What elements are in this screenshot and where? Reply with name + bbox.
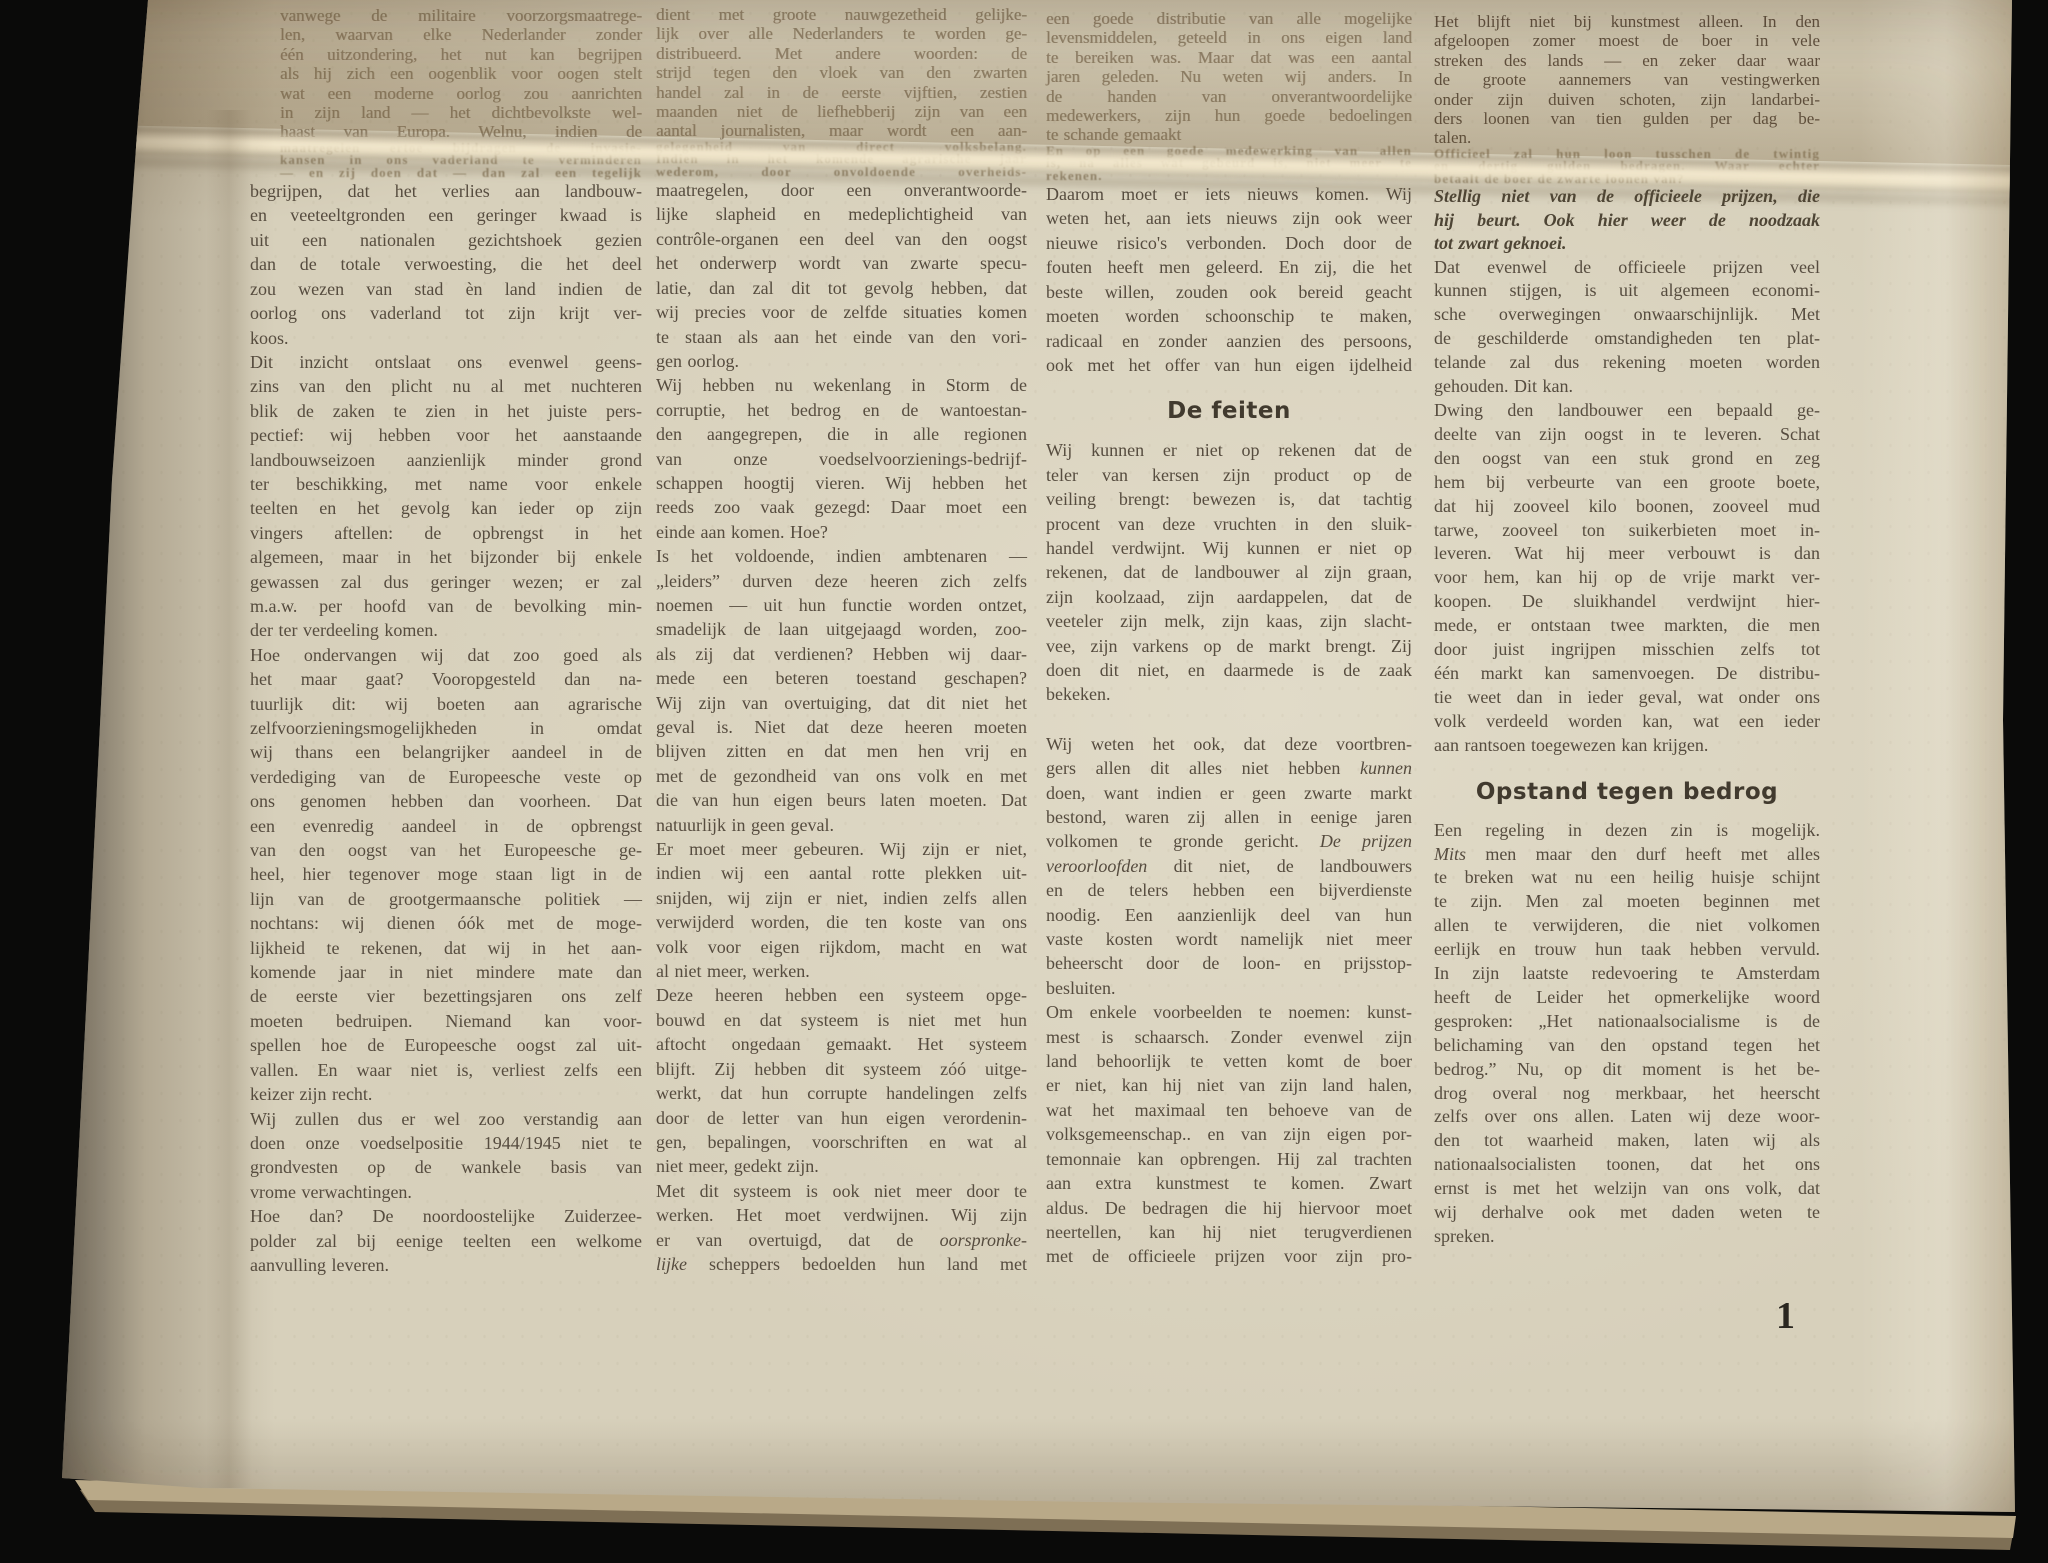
text-line: strijd tegen den vloek van den zwarten [656,63,1027,82]
text-line: lijke scheppers bedoelden hun land met [656,1252,1027,1276]
text-line: einde aan komen. Hoe? [656,520,1027,544]
page-left-edge-shadow [40,0,275,1563]
text-line: en veeteeltgronden een geringer kwaad is [250,203,642,227]
text-line: betaalt de boer de zwarte loonen van? [1434,173,1820,185]
paragraph: Wij hebben nu wekenlang in Storm decorru… [656,373,1027,544]
section-heading: Opstand tegen bedrog [1434,779,1820,805]
text-line: kunnen stijgen, is uit algemeen economi- [1434,279,1820,303]
text-line: zelfvoorzieningsmogelijkheden in omdat [250,716,642,740]
text-line: jaren geleden. Nu weten wij anders. In [1046,67,1412,86]
text-line: snijden, wij zijn er niet, indien zelfs … [656,886,1027,910]
text-line: den aangegrepen, die in alle regionen [656,422,1027,446]
text-line: procent van deze vruchten in den sluik- [1046,512,1412,536]
text-line: noodig. Een aanzienlijk deel van hun [1046,903,1412,927]
text-line: zelfs over ons allen. Laten wij deze woo… [1434,1105,1820,1129]
text-line: nationaalsocialisten toonen, dat het ons [1434,1153,1820,1177]
text-line: ook met het offer van hun eigen ijdelhei… [1046,353,1412,377]
paragraph: Wij weten het ook, dat deze voortbren-ge… [1046,732,1412,1000]
text-line: Mits men maar den durf heeft met alles [1434,843,1820,867]
text-line: zou wezen van stad èn land indien de [250,277,642,301]
text-line: Wij zijn van overtuiging, dat dit niet h… [656,691,1027,715]
text-line: koos. [250,326,642,350]
text-line: volkomen te gronde gericht. De prijzen [1046,829,1412,853]
text-line: lijke slapheid en medeplichtigheid van [656,202,1027,226]
text-line: moeten worden schoonschip te maken, [1046,304,1412,328]
text-line: wat een moderne oorlog zou aanrichten [280,84,642,103]
text-line: al niet meer, werken. [656,959,1027,983]
text-line: der ter verdeeling komen. [250,618,642,642]
text-line: lijn van de grootgermaansche politiek — [250,887,642,911]
text-line: weten het, aan iets nieuws zijn ook weer [1046,206,1412,230]
text-line: haast van Europa. Welnu, indien de [280,122,642,141]
text-line: hem bij verbeurte van een groote boete, [1434,471,1820,495]
paragraph: Om enkele voorbeelden te noemen: kunst-m… [1046,1000,1412,1268]
text-line: onder zijn duiven schoten, zijn landarbe… [1434,90,1820,109]
text-line: verdediging van de Europeesche veste op [250,765,642,789]
text-line: vee, zijn varkens op de markt brengt. Zi… [1046,634,1412,658]
text-line: dient met groote nauwgezetheid gelijke- [656,5,1027,24]
newspaper-page: vanwege de militaire voorzorgsmaatrege-l… [0,0,2048,1563]
text-line: te staan als aan het einde van den vori- [656,325,1027,349]
text-line: contrôle-organen een deel van den oogst [656,227,1027,251]
paragraph: Hoe ondervangen wij dat zoo goed alshet … [250,643,642,1107]
paragraph: vanwege de militaire voorzorgsmaatrege-l… [280,6,642,142]
text-line: wat het maximaal ten behoeve van de [1046,1098,1412,1122]
text-line: bekeken. [1046,682,1412,706]
text-line: wij precies voor de zelfde situaties kom… [656,300,1027,324]
text-line: heeft de Leider het opmerkelijke woord [1434,986,1820,1010]
paragraph: Deze heeren hebben een systeem opge-bouw… [656,983,1027,1178]
text-line: Stellig niet van de officieele prijzen, … [1434,185,1820,209]
text-line: telande zal dus rekening moeten worden [1434,351,1820,375]
text-line: gen oorlog. [656,349,1027,373]
text-line: mest is schaarsch. Zonder evenwel zijn [1046,1025,1412,1049]
text-line: keizer zijn recht. [250,1082,642,1106]
text-line: aan extra kunstmest te komen. Zwart [1046,1171,1412,1195]
text-line: maatregelen, door een onverantwoorde- [656,178,1027,202]
text-line: beheerscht door de loon- en prijsstop- [1046,951,1412,975]
text-line: wederom, door onvoldoende overheids- [656,166,1027,178]
text-line: een goede distributie van alle mogelijke [1046,9,1412,28]
text-line: In zijn laatste redevoering te Amsterdam [1434,962,1820,986]
text-line: neertellen, kan hij niet terugverdienen [1046,1220,1412,1244]
text-line: lijk over alle Nederlanders te worden ge… [656,24,1027,43]
text-line: Met dit systeem is ook niet meer door te [656,1179,1027,1203]
text-line: volksgemeenschap.. en van zijn eigen por… [1046,1122,1412,1146]
text-line: gen, bepalingen, voorschriften en wat al [656,1130,1027,1154]
text-line: dan de totale verwoesting, die het deel [250,252,642,276]
text-line: aldus. De bedragen die hij hiervoor moet [1046,1196,1412,1220]
text-line: oorlog ons vaderland tot zijn krijt ver- [250,301,642,325]
paragraph: Officieel zal hun loon tusschen de twint… [1434,148,1820,185]
text-line: tuurlijk dit: wij boeten aan agrarische [250,692,642,716]
text-line: smadelijk de laan uitgejaagd worden, zoo… [656,617,1027,641]
text-line: te breken wat nu een heilig huisje schij… [1434,866,1820,890]
text-line: Wij kunnen er niet op rekenen dat de [1046,438,1412,462]
paragraph: Daarom moet er iets nieuws komen. Wijwet… [1046,182,1412,377]
text-line: blijven zitten en dat men hen vrij en [656,739,1027,763]
paragraph: Dwing den landbouwer een bepaald ge-deel… [1434,399,1820,758]
text-line: niet meer, gedekt zijn. [656,1154,1027,1178]
text-line: temonnaie kan opbrengen. Hij zal trachte… [1046,1147,1412,1171]
text-line: er van overtuigd, dat de oorspronke- [656,1228,1027,1252]
text-line: begrijpen, dat het verlies aan landbouw- [250,179,642,203]
text-line: grondvesten op de wankele basis van [250,1155,642,1179]
text-line: bestond, waren zij allen in eenige jaren [1046,805,1412,829]
text-line: gehouden. Dit kan. [1434,375,1820,399]
text-line: belichaming van den opstand tegen het [1434,1034,1820,1058]
text-line: rekenen. [1046,170,1412,182]
text-line: de groote aannemers van vestingwerken [1434,70,1820,89]
paragraph: Wij zullen dus er wel zoo verstandig aan… [250,1107,642,1205]
text-line: veiling brengt: bewezen is, dat tachtig [1046,487,1412,511]
text-line: Daarom moet er iets nieuws komen. Wij [1046,182,1412,206]
paragraph: Hoe dan? De noordoostelijke Zuiderzee-po… [250,1204,642,1277]
text-line: sche overwegingen onwaarschijnlijk. Met [1434,303,1820,327]
text-line: Dwing den landbouwer een bepaald ge- [1434,399,1820,423]
text-line: landbouwseizoen aanzienlijk minder grond [250,448,642,472]
paragraph: Is het voldoende, indien ambtenaren —„le… [656,544,1027,837]
text-line: veeteler zijn melk, zijn kaas, zijn slac… [1046,609,1412,633]
text-line: hij beurt. Ook hier weer de noodzaak [1434,209,1820,233]
text-line: natuurlijk in geen geval. [656,813,1027,837]
paragraph: Dat evenwel de officieele prijzen veelku… [1434,256,1820,399]
text-line: en de telers hebben een bijverdienste [1046,878,1412,902]
text-line: beste willen, zouden ook bereid geacht [1046,280,1412,304]
text-column-3: een goede distributie van alle mogelijke… [1046,9,1412,1269]
text-line: drog overal nog merkbaar, het heerscht [1434,1082,1820,1106]
text-line: bedrog.” Nu, op dit moment is het be- [1434,1058,1820,1082]
text-line: één markt kan samenvoegen. De distribu- [1434,662,1820,686]
heading-text: Opstand tegen bedrog [1434,779,1820,805]
text-line: pectief: wij hebben voor het aanstaande [250,423,642,447]
text-line: algemeen, maar in het bijzonder bij enke… [250,545,642,569]
text-line: wij derhalve ook met daden weten te [1434,1201,1820,1225]
text-line: Een regeling in dezen zin is mogelijk. [1434,819,1820,843]
text-line: medewerkers, zijn hun goede bedoelingen [1046,106,1412,125]
text-line: Dat evenwel de officieele prijzen veel [1434,256,1820,280]
text-line: indien wij een aantal rotte plekken uit- [656,861,1027,885]
text-line: werkt, dat hun corrupte handelingen zelf… [656,1081,1027,1105]
paragraph: Het blijft niet bij kunstmest alleen. In… [1434,12,1820,148]
text-line: ders loonen van tien gulden per dag be- [1434,109,1820,128]
text-line: doen dit niet, en daarmede is de zaak [1046,658,1412,682]
text-line: lijkheid te rekenen, dat wij in het aan- [250,936,642,960]
text-line: vallen. En waar niet is, verliest zelfs … [250,1058,642,1082]
text-line: ernst is met het welzijn van ons volk, d… [1434,1177,1820,1201]
text-line: aftocht ongedaan gemaakt. Het systeem [656,1032,1027,1056]
paragraph: Wij kunnen er niet op rekenen dat detele… [1046,438,1412,706]
text-line: mede, er ontstaan twee markten, die men [1434,614,1820,638]
text-line: handel verdwijnt. Wij kunnen er niet op [1046,536,1412,560]
text-line: dat hij zooveel kilo boonen, zooveel mud [1434,495,1820,519]
text-line: heel, hier tegenover moge staan ligt in … [250,862,642,886]
text-line: besluiten. [1046,976,1412,1000]
text-line: tie weet dan in ieder geval, wat onder o… [1434,686,1820,710]
text-line: blik de zaken te zien in het juiste pers… [250,399,642,423]
text-line: den oogst van een stuk grond en zeg [1434,447,1820,471]
text-line: teelten en het gevolg kan ieder op zijn [250,496,642,520]
text-line: reeds zoo vaak gezegd: Daar moet een [656,495,1027,519]
text-line: koopen. De sluikhandel verdwijnt hier- [1434,590,1820,614]
photo-of-newspaper: vanwege de militaire voorzorgsmaatrege-l… [0,0,2048,1563]
text-line: Is het voldoende, indien ambtenaren — [656,544,1027,568]
text-line: maanden niet de liefhebberij zijn van ee… [656,102,1027,121]
text-line: gesproken: „Het nationaalsocialisme is d… [1434,1010,1820,1034]
text-line: de handen van onverantwoordelijke [1046,87,1412,106]
text-line: aan rantsoen toegewezen kan krijgen. [1434,734,1820,758]
text-line: deelte van zijn oogst in te leveren. Sch… [1434,423,1820,447]
text-line: door juist ingrijpen misschien zelfs tot [1434,638,1820,662]
text-line: — en zij doen dat — dan zal een tegelijk [280,167,642,179]
text-line: het maar gaat? Vooropgesteld dan na- [250,667,642,691]
text-line: de geschilderde omstandigheden ten plat- [1434,327,1820,351]
text-line: te zijn. Men zal moeten beginnen met [1434,890,1820,914]
text-line: fouten heeft men geleerd. En zij, die he… [1046,255,1412,279]
text-line: aanvulling leveren. [250,1253,642,1277]
text-line: noemen — uit hun functie worden ontzet, [656,593,1027,617]
text-line: er niet, kan hij niet van zijn land hale… [1046,1073,1412,1097]
text-line: polder zal bij eenige teelten een welkom… [250,1229,642,1253]
text-line: Het blijft niet bij kunstmest alleen. In… [1434,12,1820,31]
text-line: Dit inzicht ontslaat ons evenwel geens- [250,350,642,374]
text-line: met de officieele prijzen voor zijn pro- [1046,1244,1412,1268]
text-line: m.a.w. per hoofd van de bevolking min- [250,594,642,618]
text-line: streken des lands — en zeker daar waar [1434,51,1820,70]
text-line: verwijderd worden, die ten koste van ons [656,910,1027,934]
paragraph: Stellig niet van de officieele prijzen, … [1434,185,1820,256]
text-line: geval is. Niet dat deze heeren moeten [656,715,1027,739]
text-line: zijn koolzaad, zijn aardappelen, dat de [1046,585,1412,609]
text-line: doen, want indien er geen zwarte markt [1046,781,1412,805]
text-line: van onze voedselvoorzienings-bedrijf- [656,447,1027,471]
paragraph: Dit inzicht ontslaat ons evenwel geens-z… [250,350,642,643]
text-line: len, waarvan elke Nederlander zonder [280,25,642,44]
paragraph: Met dit systeem is ook niet meer door te… [656,1179,1027,1277]
text-line: te bereiken was. Maar dat was een aantal [1046,48,1412,67]
text-line: „leiders” durven deze heeren zich zelfs [656,569,1027,593]
text-line: corruptie, het bedrog en de wantoestan- [656,398,1027,422]
paragraph: dient met groote nauwgezetheid gelijke-l… [656,5,1027,141]
paragraph: En op een goede medewerking van allenis,… [1046,145,1412,182]
text-line: land behoorlijk te vetten komt de boer [1046,1049,1412,1073]
text-line: Om enkele voorbeelden te noemen: kunst- [1046,1000,1412,1024]
text-line: spellen hoe de Europeesche oogst zal uit… [250,1033,642,1057]
gutter-crease-shadow [206,110,252,1488]
text-line: voor hem, kan hij op de vrije markt ver- [1434,566,1820,590]
text-line: Hoe ondervangen wij dat zoo goed als [250,643,642,667]
paragraph: Een regeling in dezen zin is mogelijk.Mi… [1434,819,1820,1249]
text-line: Er moet meer gebeuren. Wij zijn er niet, [656,837,1027,861]
text-column-4: Het blijft niet bij kunstmest alleen. In… [1434,12,1820,1249]
text-line: uit een nationalen gezichtshoek gezien [250,228,642,252]
text-line: volk voor eigen rijkdom, macht en wat [656,935,1027,959]
text-line: allen te verwijderen, die niet volkomen [1434,914,1820,938]
text-line: één uitzondering, het nut kan begrijpen [280,45,642,64]
text-line: ons genomen hebben dan voorheen. Dat [250,789,642,813]
text-line: levensmiddelen, geteeld in ons eigen lan… [1046,28,1412,47]
paragraph: maatregelen, door een onverantwoorde-lij… [656,178,1027,373]
text-line: vanwege de militaire voorzorgsmaatrege- [280,6,642,25]
text-line: een evenredig aandeel in de opbrengst [250,814,642,838]
text-line: zins van den plicht nu al met nuchteren [250,374,642,398]
text-line: gers allen dit alles niet hebben kunnen [1046,756,1412,780]
text-line: wij thans een belangrijker aandeel in de [250,740,642,764]
text-line: tot zwart geknoei. [1434,232,1820,256]
text-line: veroorloofden dit niet, de landbouwers [1046,854,1412,878]
text-line: vaste kosten wordt namelijk niet meer [1046,927,1412,951]
text-line: distribueerd. Met andere woorden: de [656,44,1027,63]
paragraph: maatregelen ertoe bijdragen de invasie-k… [280,142,642,179]
text-line: eerlijk en trouw hun taak hebben vervuld… [1434,938,1820,962]
text-line: rekenen, dat de landbouwer al zijn graan… [1046,560,1412,584]
text-line: de eerste vier bezettingsjaren ons zelf [250,984,642,1008]
page-right-curl-highlight [1860,0,2030,1563]
text-line: handel zal in de eerste vijftien, zestie… [656,83,1027,102]
text-line: van den oogst van het Europeesche ge- [250,838,642,862]
text-line: in zijn land — het dichtbevolkste wel- [280,103,642,122]
text-line: Wij weten het ook, dat deze voortbren- [1046,732,1412,756]
text-line: aantal journalisten, maar wordt een aan- [656,121,1027,140]
text-line: moeten bedruipen. Niemand kan voor- [250,1009,642,1033]
section-heading: De feiten [1046,398,1412,424]
text-line: Deze heeren hebben een systeem opge- [656,983,1027,1007]
text-line: als hij zich een oogenblik voor oogen st… [280,64,642,83]
text-line: radicaal en zonder aanzien des persoons, [1046,329,1412,353]
paragraph: een goede distributie van alle mogelijke… [1046,9,1412,145]
text-line: werken. Het moet verdwijnen. Wij zijn [656,1203,1027,1227]
heading-text: De feiten [1046,398,1412,424]
text-line: komende jaar in niet mindere mate dan [250,960,642,984]
paragraph: begrijpen, dat het verlies aan landbouw-… [250,179,642,350]
text-line: volk verdeeld worden kan, wat een ieder [1434,710,1820,734]
text-line: die van hun eigen beurs laten moeten. Da… [656,788,1027,812]
text-line: teler van kersen zijn product op de [1046,463,1412,487]
text-line: vingers aftellen: de opbrengst in het [250,521,642,545]
paragraph: gelegenheid van direct volksbelang.Indie… [656,141,1027,178]
text-line: mede een beteren toestand geschapen? [656,666,1027,690]
text-line: doen onze voedselpositie 1944/1945 niet … [250,1131,642,1155]
text-line: Hoe dan? De noordoostelijke Zuiderzee- [250,1204,642,1228]
text-line: leveren. Wat hij meer verbouwt is dan [1434,542,1820,566]
text-line: ter beschikking, met name voor enkele [250,472,642,496]
text-line: Wij hebben nu wekenlang in Storm de [656,373,1027,397]
text-line: gewassen zal dus geringer wezen; er zal [250,570,642,594]
text-line: Wij zullen dus er wel zoo verstandig aan [250,1107,642,1131]
text-line: het onderwerp wordt van zwarte specu- [656,251,1027,275]
text-column-2: dient met groote nauwgezetheid gelijke-l… [656,5,1027,1276]
text-line: tarwe, zooveel ton suikerbieten moet in- [1434,519,1820,543]
text-line: blijft. Zij hebben dit systeem zóó uitge… [656,1057,1027,1081]
text-line: nochtans: wij dienen óók met de moge- [250,911,642,935]
text-line: te schande gemaakt [1046,125,1412,144]
text-line: door de letter van hun eigen verordenin- [656,1106,1027,1130]
text-line: bouwd en dat systeem is niet met hun [656,1008,1027,1032]
text-column-1: vanwege de militaire voorzorgsmaatrege-l… [250,6,642,1277]
text-line: talen. [1434,128,1820,147]
text-line: den tot waarheid maken, laten wij als [1434,1129,1820,1153]
text-line: met de gezondheid van ons volk en met [656,764,1027,788]
text-line: schappen hoogtij vieren. Wij hebben het [656,471,1027,495]
text-line: latie, dan zal dit tot gevolg hebben, da… [656,276,1027,300]
paragraph: Er moet meer gebeuren. Wij zijn er niet,… [656,837,1027,983]
text-line: afgeloopen zomer moest de boer in vele [1434,31,1820,50]
text-line: nieuwe risico's verbonden. Doch door de [1046,231,1412,255]
page-number: 1 [1776,1294,1795,1338]
text-line: vrome verwachtingen. [250,1180,642,1204]
text-line: spreken. [1434,1225,1820,1249]
text-line: als zij dat verdienen? Hebben wij daar- [656,642,1027,666]
